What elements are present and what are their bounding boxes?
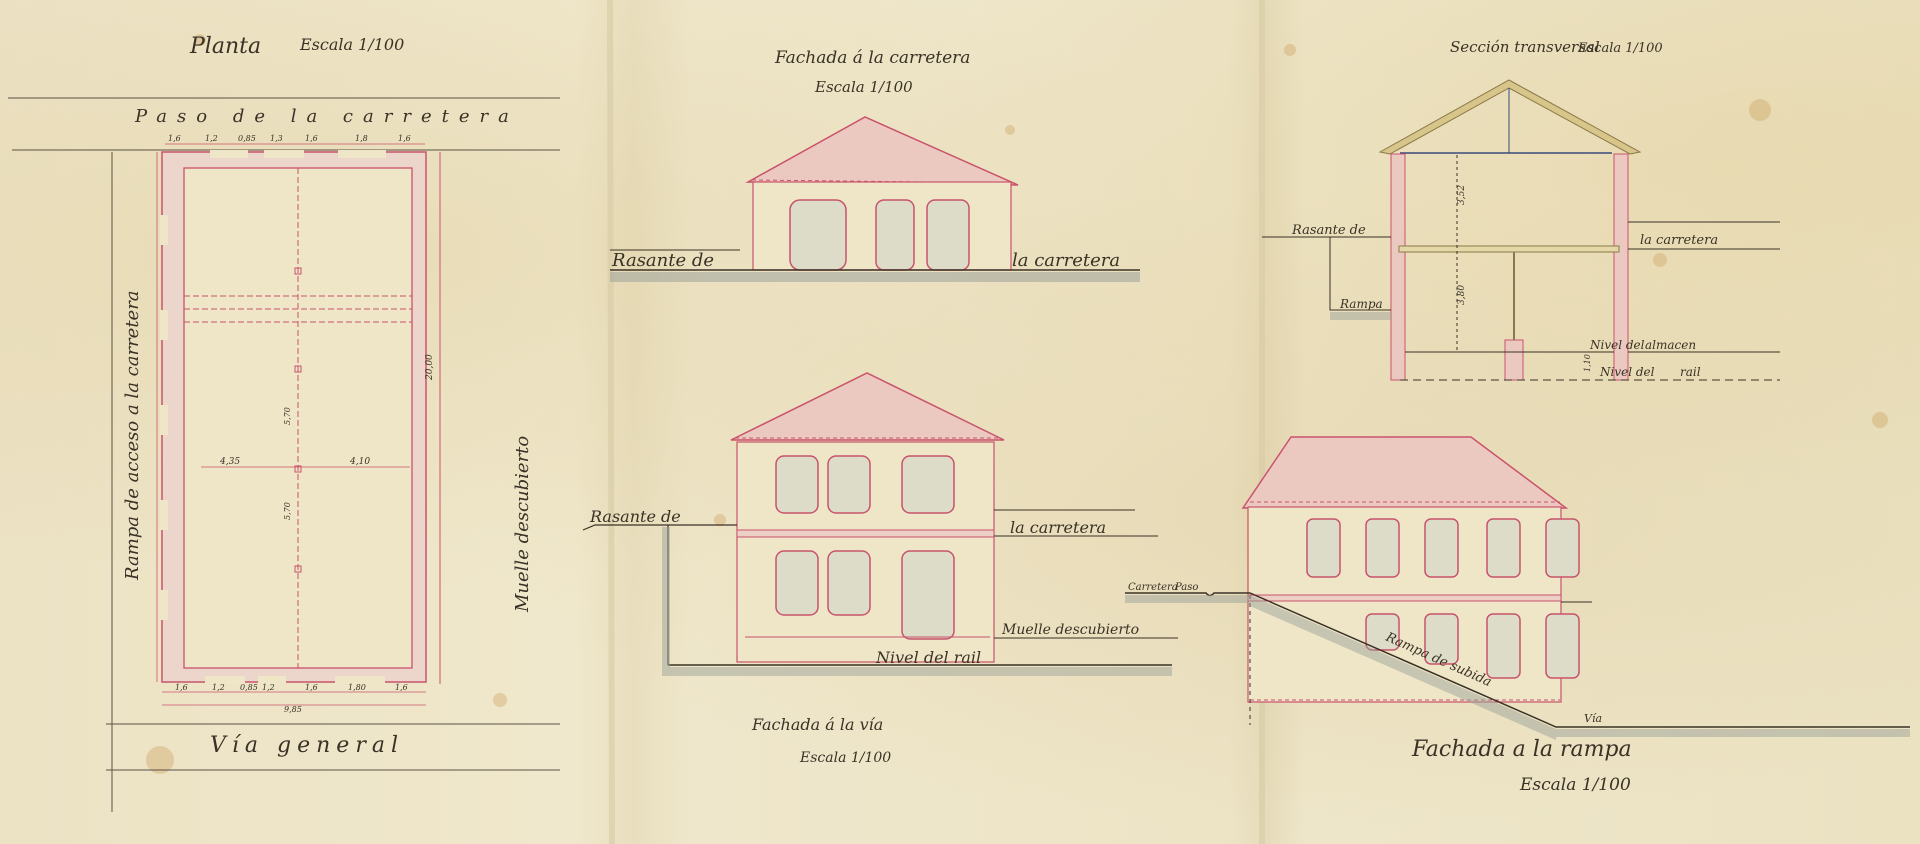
svg-text:3,80: 3,80 [1457,285,1467,305]
section-ramp-label: Rampa [1339,297,1383,311]
road-facade-title: Fachada á la carretera [774,48,970,68]
svg-text:1,3: 1,3 [270,134,283,143]
plan-title: Planta [189,34,261,59]
svg-text:1,6: 1,6 [175,683,188,692]
track-facade: Rasante de la carretera Muelle descubier… [583,373,1178,766]
svg-text:1,6: 1,6 [398,134,411,143]
svg-text:1,6: 1,6 [395,683,408,692]
cross-section: Sección transversal Escala 1/100 Rasante… [1262,38,1780,380]
svg-text:1,2: 1,2 [262,683,275,692]
svg-text:1,2: 1,2 [205,134,218,143]
svg-text:1,80: 1,80 [348,683,366,692]
track-facade-dock-label: Muelle descubierto [1001,622,1139,638]
track-facade-rail-label: Nivel del rail [875,648,981,667]
section-rail-level-a: Nivel del [1599,365,1655,379]
ramp-facade-track-label: Vía [1584,712,1602,725]
svg-text:4,35: 4,35 [219,457,240,467]
svg-text:20,00: 20,00 [425,354,435,381]
ramp-facade-scale: Escala 1/100 [1519,775,1631,795]
svg-text:5,70: 5,70 [283,502,292,520]
svg-text:9,85: 9,85 [284,705,302,714]
section-warehouse-level-a: Nivel del [1589,338,1645,352]
svg-text:1,6: 1,6 [168,134,181,143]
svg-text:1,6: 1,6 [305,683,318,692]
plan-track-label: Vía general [210,733,404,758]
plan-scale: Escala 1/100 [299,35,404,54]
svg-text:4,10: 4,10 [349,457,370,467]
svg-text:3,52: 3,52 [1457,185,1467,205]
ramp-facade-road-label: Carretera [1128,582,1178,593]
road-facade: Fachada á la carretera Escala 1/100 Rasa… [610,48,1140,282]
plan-view: Planta Escala 1/100 Paso de la carretera [8,34,560,812]
track-facade-title: Fachada á la vía [751,715,883,734]
road-facade-scale: Escala 1/100 [814,78,913,96]
track-facade-grade-right: la carretera [1010,518,1106,537]
svg-text:0,85: 0,85 [238,134,256,143]
section-rail-level-b: rail [1680,365,1701,379]
svg-text:1,10: 1,10 [1583,354,1592,372]
architectural-drawing-sheet: Planta Escala 1/100 Paso de la carretera [0,0,1920,844]
ramp-facade-title: Fachada a la rampa [1411,737,1632,762]
svg-text:1,8: 1,8 [355,134,368,143]
road-facade-grade-left: Rasante de [611,250,714,271]
plan-ramp-label: Rampa de acceso a la carretera [122,290,143,581]
drawing-canvas: Planta Escala 1/100 Paso de la carretera [0,0,1920,844]
svg-text:1,6: 1,6 [305,134,318,143]
svg-text:0,85: 0,85 [240,683,258,692]
track-facade-scale: Escala 1/100 [799,750,891,766]
svg-text:5,70: 5,70 [283,407,292,425]
plan-dock-label: Muelle descubierto [512,436,533,613]
svg-text:1,2: 1,2 [212,683,225,692]
section-grade-right: la carretera [1640,233,1718,248]
section-scale: Escala 1/100 [1577,41,1663,56]
road-facade-grade-right: la carretera [1012,250,1120,271]
section-warehouse-level-b: almacen [1645,338,1696,352]
section-grade-left: Rasante de [1291,223,1366,238]
ramp-facade: Carretera Paso Rampa de subida Vía Facha… [1125,437,1910,795]
ramp-facade-path-label: Paso [1174,582,1198,593]
plan-road-label: Paso de la carretera [134,106,519,127]
track-facade-grade-left: Rasante de [589,507,681,526]
